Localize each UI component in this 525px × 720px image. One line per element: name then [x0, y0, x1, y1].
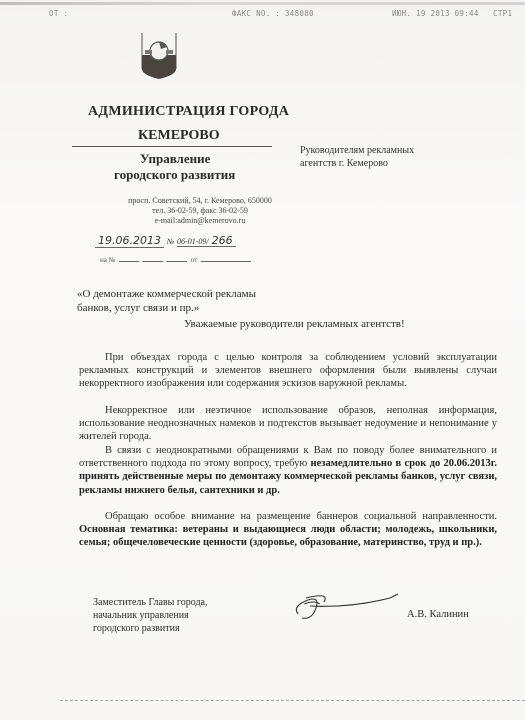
body-paragraph-1: При объездах города с целью контроля за …	[79, 351, 497, 391]
fax-datetime: ИЮН. 19 2013 09:44	[392, 9, 479, 18]
ref-label: на №	[100, 256, 115, 264]
coat-of-arms-icon	[139, 31, 179, 81]
themes-list: Основная тематика: ветераны и выдающиеся…	[79, 524, 497, 548]
recipient-line2: агентств г. Кемерово	[300, 157, 414, 170]
body-paragraph-4: Обращаю особое внимание на размещение ба…	[79, 510, 497, 550]
signature-icon	[290, 586, 410, 626]
letterhead-title: АДМИНИСТРАЦИЯ ГОРОДА	[88, 104, 289, 120]
fax-from-label: ОТ :	[49, 9, 68, 18]
fax-page-number: СТР1	[493, 9, 512, 18]
reference-line: на № от	[100, 256, 253, 264]
fax-number: ФАКС NO. : 348080	[232, 9, 314, 18]
recipient-line1: Руководителям рекламных	[300, 144, 414, 157]
ref-from-label: от	[191, 256, 197, 264]
subject-block: «О демонтаже коммерческой рекламы банков…	[77, 287, 256, 315]
number-label: №	[167, 237, 175, 246]
subject-line1: «О демонтаже коммерческой рекламы	[77, 287, 256, 301]
subject-line2: банков, услуг связи и пр.»	[77, 301, 256, 315]
handwritten-number: 266	[209, 234, 236, 247]
fax-bottom-edge	[60, 700, 525, 701]
greeting: Уважаемые руководители рекламных агентст…	[184, 318, 405, 330]
signer-position: Заместитель Главы города, начальник упра…	[93, 596, 207, 635]
fax-page: ОТ : ФАКС NO. : 348080 ИЮН. 19 2013 09:4…	[0, 0, 525, 720]
fax-edge-line	[0, 2, 525, 5]
letterhead-city: КЕМЕРОВО	[138, 128, 220, 144]
address: просп. Советский, 54, г. Кемерово, 65000…	[110, 196, 290, 205]
handwritten-date: 19.06.2013	[95, 234, 164, 248]
phone-fax: тел. 36-02-59, факс 36-02-59	[110, 206, 290, 215]
number-value: 06-01-09/266	[177, 237, 236, 247]
department-line2: городского развития	[114, 167, 235, 183]
department-line1: Управление	[140, 151, 210, 167]
signer-name: А.В. Калинин	[407, 609, 469, 620]
body-paragraph-2: Некорректное или неэтичное использование…	[79, 404, 497, 444]
document-date-number: 19.06.2013 № 06-01-09/266	[95, 234, 236, 247]
body-paragraph-3: В связи с неоднократными обращениями к В…	[79, 444, 497, 497]
letterhead-divider	[72, 146, 272, 147]
recipient-block: Руководителям рекламных агентств г. Кеме…	[300, 144, 414, 170]
email: e-mail:admin@kemerovo.ru	[110, 216, 290, 225]
